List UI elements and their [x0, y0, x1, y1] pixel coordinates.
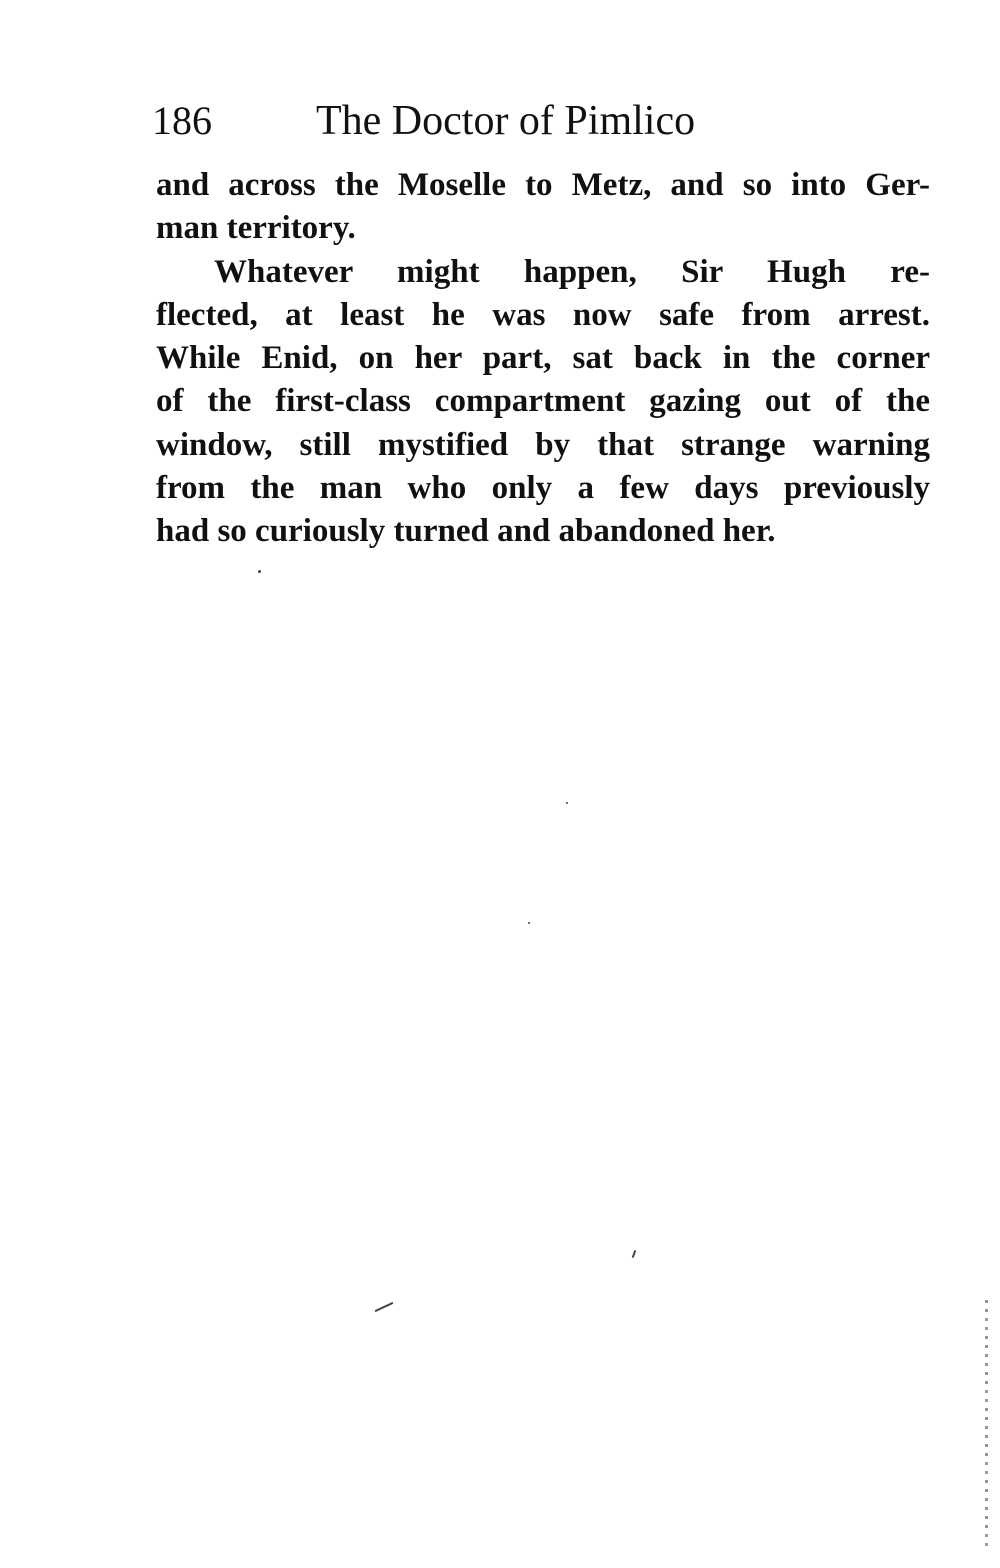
- text-line: had so curiously turned and abandoned he…: [156, 510, 930, 553]
- text-line: from the man who only a few days previou…: [156, 467, 930, 510]
- text-line: and across the Moselle to Metz, and so i…: [156, 164, 930, 207]
- text-line: Whatever might happen, Sir Hugh re-: [156, 251, 930, 294]
- scan-speck: [258, 570, 261, 573]
- text-line: window, still mystified by that strange …: [156, 424, 930, 467]
- text-line: man territory.: [156, 207, 930, 250]
- scan-speck: [566, 802, 568, 804]
- running-title: The Doctor of Pimlico: [316, 96, 695, 146]
- page-number: 186: [152, 96, 212, 146]
- paragraph: and across the Moselle to Metz, and so i…: [156, 164, 930, 251]
- scan-speck: [375, 1302, 394, 1312]
- body-text: and across the Moselle to Metz, and so i…: [156, 164, 930, 554]
- text-line: While Enid, on her part, sat back in the…: [156, 337, 930, 380]
- paragraph: Whatever might happen, Sir Hugh re- flec…: [156, 251, 930, 554]
- text-line: flected, at least he was now safe from a…: [156, 294, 930, 337]
- scan-edge: [985, 1300, 988, 1550]
- text-line: of the first-class compartment gazing ou…: [156, 380, 930, 423]
- scan-speck: [528, 922, 530, 924]
- scan-speck: [632, 1250, 637, 1258]
- page-header: 186 The Doctor of Pimlico: [152, 96, 792, 146]
